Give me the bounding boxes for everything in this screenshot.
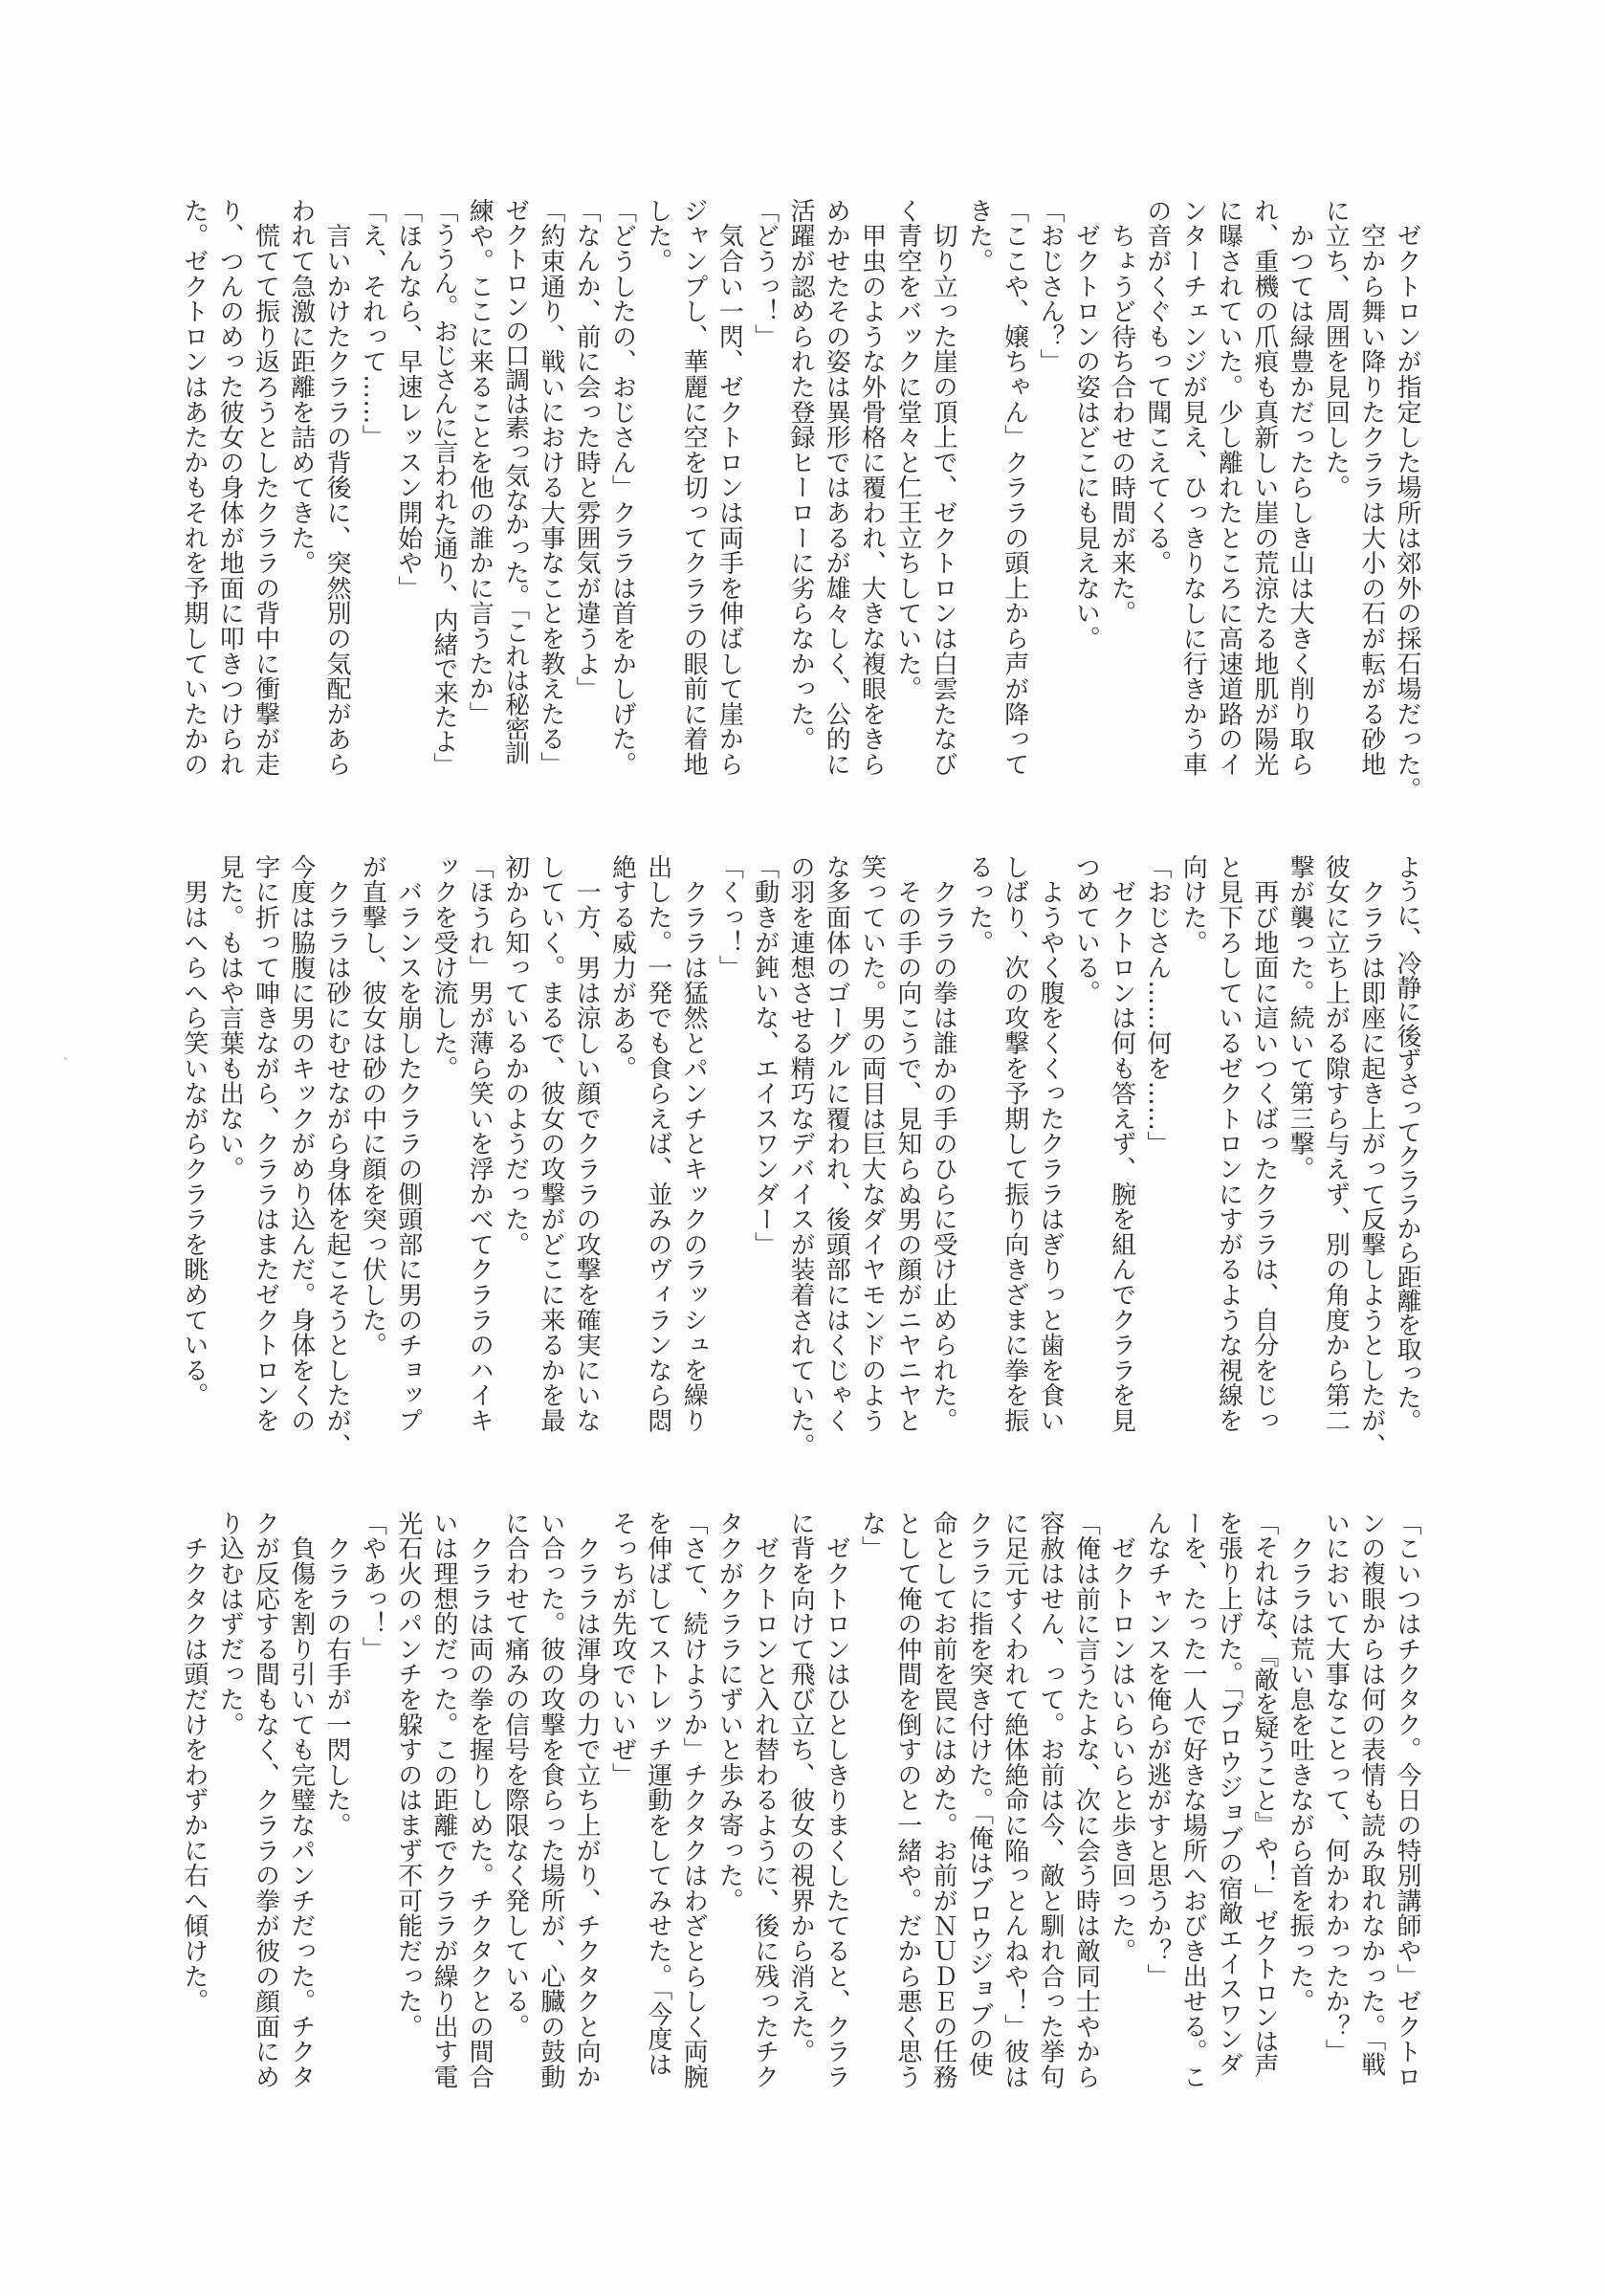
text-column: 絶する威力がある。 (604, 854, 639, 1467)
text-column: れ、重機の爪痕も真新しい崖の荒涼たる地肌が陽光 (1246, 198, 1282, 810)
text-column: ゼクトロンは何も答えず、腕を組んでクララを見 (1103, 854, 1138, 1467)
text-column: タクがクララにずいと歩み寄った。 (711, 1511, 746, 2123)
text-column: ジャンプし、華麗に空を切ってクララの眼前に着地 (675, 198, 711, 810)
text-column: ように、冷静に後ずさってクララから距離を取った。 (1389, 854, 1424, 1467)
text-column: 気合い一閃、ゼクトロンは両手を伸ばして崖から (711, 198, 746, 810)
scan-speck (64, 1057, 67, 1060)
text-column: ちょうど待ち合わせの時間が来た。 (1103, 198, 1138, 810)
text-column: していく。まるで、彼女の攻撃がどこに来るかを最 (533, 854, 568, 1467)
text-column: な」 (853, 1511, 889, 2123)
text-column: ンターチェンジが見え、ひっきりなしに行きかう車 (1175, 198, 1210, 810)
text-column: 「なんか、前に会った時と雰囲気が違うよ」 (568, 198, 604, 810)
text-column: 甲虫のような外骨格に覆われ、大きな複眼をきら (853, 198, 889, 810)
text-column: ゼクトロンが指定した場所は郊外の採石場だった。 (1389, 198, 1424, 810)
text-column: 今度は脇腹に男のキックがめり込んだ。身体をくの (283, 854, 319, 1467)
text-column: クララは両の拳を握りしめた。チクタクとの間合 (461, 1511, 496, 2123)
text-column: いにおいて大事なことって、何かわかったか？」 (1317, 1511, 1352, 2123)
text-column: ゼクトロンと入れ替わるように、後に残ったチク (746, 1511, 781, 2123)
text-column: クララは猛然とパンチとキックのラッシュを繰り (675, 854, 711, 1467)
text-column: ようやく腹をくくったクララはぎりっと歯を食い (1032, 854, 1067, 1467)
text-column: クララの右手が一閃した。 (319, 1511, 354, 2123)
text-column: 見た。もはや言葉も出ない。 (211, 854, 247, 1467)
text-column: 言いかけたクララの背後に、突然別の気配があら (319, 198, 354, 810)
text-column: 「え、それって……」 (354, 198, 389, 810)
text-column: しばり、次の攻撃を予期して振り向きざまに拳を振 (996, 854, 1031, 1467)
text-column: ゼクトロンの口調は素っ気なかった。「これは秘密訓 (496, 198, 532, 810)
text-column: 再び地面に這いつくばったクララは、自分をじっ (1246, 854, 1282, 1467)
text-column: ックを受け流した。 (426, 854, 461, 1467)
text-column: な多面体のゴーグルに覆われ、後頭部にはくじゃく (818, 854, 853, 1467)
text-column: クララは砂にむせながら身体を起こそうとしたが、 (319, 854, 354, 1467)
text-column: 切り立った崖の頂上で、ゼクトロンは白雲たなび (925, 198, 960, 810)
text-column: く青空をバックに堂々と仁王立ちしていた。 (890, 198, 925, 810)
text-column: 練や。ここに来ることを他の誰かに言うたか」 (461, 198, 496, 810)
text-column: ンの複眼からは何の表情も読み取れなかった。「戦 (1352, 1511, 1388, 2123)
text-column: 向けた。 (1175, 854, 1210, 1467)
text-column: 撃が襲った。続いて第三撃。 (1282, 854, 1317, 1467)
text-column: に背を向けて飛び立ち、彼女の視界から消えた。 (782, 1511, 818, 2123)
text-column: 「約束通り、戦いにおける大事なことを教えたる」 (533, 198, 568, 810)
text-column: の音がくぐもって聞こえてくる。 (1139, 198, 1175, 810)
text-column: われて急激に距離を詰めてきた。 (283, 198, 319, 810)
text-column: 「やあっ！」 (354, 1511, 389, 2123)
text-column: 「どうしたの、おじさん」クララは首をかしげた。 (604, 198, 639, 810)
text-column: 笑っていた。男の両目は巨大なダイヤモンドのよう (853, 854, 889, 1467)
text-column: 「動きが鈍いな、エイスワンダー」 (746, 854, 781, 1467)
text-column: 「こいつはチクタク。今日の特別講師や」ゼクトロ (1389, 1511, 1424, 2123)
text-column: 「どうっ！」 (746, 198, 781, 810)
text-column: を張り上げた。「ブロウジョブの宿敵エイスワンダ (1210, 1511, 1245, 2123)
text-column: るった。 (960, 854, 996, 1467)
text-column: と見下ろしているゼクトロンにすがるような視線を (1210, 854, 1245, 1467)
text-column: 「ほうれ」男が薄ら笑いを浮かべてクララのハイキ (461, 854, 496, 1467)
text-column: 彼女に立ち上がる隙すら与えず、別の角度から第二 (1317, 854, 1352, 1467)
text-column: ゼクトロンはひとしきりまくしたてると、クララ (818, 1511, 853, 2123)
text-column: 「おじさん……何を……」 (1139, 854, 1175, 1467)
text-column: ゼクトロンの姿はどこにも見えない。 (1067, 198, 1103, 810)
text-column: 「おじさん？」 (1032, 198, 1067, 810)
text-column: た。ゼクトロンはあたかもそれを予期していたかの (176, 198, 211, 810)
text-column: に立ち、周囲を見回した。 (1317, 198, 1352, 810)
text-column: 「それはな、『敵を疑うこと』や！」ゼクトロンは声 (1246, 1511, 1282, 2123)
text-column: の羽を連想させる精巧なデバイスが装着されていた。 (782, 854, 818, 1467)
text-column: 「俺は前に言うたよな、次に会う時は敵同士やから (1067, 1511, 1103, 2123)
text-column: 一方、男は涼しい顔でクララの攻撃を確実にいな (568, 854, 604, 1467)
text-column: 活躍が認められた登録ヒーローに劣らなかった。 (782, 198, 818, 810)
text-column: に足元すくわれて絶体絶命に陥っとんねや！」彼は (996, 1511, 1031, 2123)
text-column: として俺の仲間を倒すのと一緒や。だから悪く思う (890, 1511, 925, 2123)
text-column: めかせたその姿は異形ではあるが雄々しく、公的に (818, 198, 853, 810)
text-column: 光石火のパンチを躱すのはまず不可能だった。 (389, 1511, 425, 2123)
text-column: クララは渾身の力で立ち上がり、チクタクと向か (568, 1511, 604, 2123)
text-column: んなチャンスを俺らが逃がすと思うか？」 (1139, 1511, 1175, 2123)
text-column: 慌てて振り返ろうとしたクララの背中に衝撃が走 (247, 198, 282, 810)
text-column: を伸ばしてストレッチ運動をしてみせた。「今度は (639, 1511, 674, 2123)
text-column: クが反応する間もなく、クララの拳が彼の顔面にめ (247, 1511, 282, 2123)
text-column: クララに指を突き付けた。「俺はブロウジョブの使 (960, 1511, 996, 2123)
text-column: 「さて、続けようか」チクタクはわざとらしく両腕 (675, 1511, 711, 2123)
text-column: ーを、たった一人で好きな場所へおびき出せる。こ (1175, 1511, 1210, 2123)
text-column: ゼクトロンはいらいらと歩き回った。 (1103, 1511, 1138, 2123)
text-column: つめている。 (1067, 854, 1103, 1467)
text-column: 「ここや、嬢ちゃん」クララの頭上から声が降って (996, 198, 1031, 810)
text-column: り込むはずだった。 (211, 1511, 247, 2123)
text-column: かつては緑豊かだったらしき山は大きく削り取ら (1282, 198, 1317, 810)
text-column: その手の向こうで、見知らぬ男の顔がニヤニヤと (890, 854, 925, 1467)
text-column: いは理想的だった。この距離でクララが繰り出す電 (426, 1511, 461, 2123)
text-column: り、つんのめった彼女の身体が地面に叩きつけられ (211, 198, 247, 810)
text-column: チクタクは頭だけをわずかに右へ傾けた。 (176, 1511, 211, 2123)
text-column: バランスを崩したクララの側頭部に男のチョップ (389, 854, 425, 1467)
text-column: 命としてお前を罠にはめた。お前がＮＵＤＥの任務 (925, 1511, 960, 2123)
text-column: 「くっ！」 (711, 854, 746, 1467)
text-column: に曝されていた。少し離れたところに高速道路のイ (1210, 198, 1245, 810)
text-column: 負傷を割り引いても完璧なパンチだった。チクタ (283, 1511, 319, 2123)
text-column: 字に折って呻きながら、クララはまたゼクトロンを (247, 854, 282, 1467)
text-tier-middle: ように、冷静に後ずさってクララから距離を取った。 クララは即座に起き上がって反撃… (175, 854, 1424, 1467)
text-column: 「ほんなら、早速レッスン開始や」 (389, 198, 425, 810)
book-page: ゼクトロンが指定した場所は郊外の採石場だった。 空から舞い降りたクララは大小の石… (0, 0, 1605, 2296)
text-column: 「ううん。おじさんに言われた通り、内緒で来たよ」 (426, 198, 461, 810)
text-column: 男はへらへら笑いながらクララを眺めている。 (176, 854, 211, 1467)
text-column: クララは荒い息を吐きながら首を振った。 (1282, 1511, 1317, 2123)
text-column: 初から知っているかのようだった。 (496, 854, 532, 1467)
text-column: 空から舞い降りたクララは大小の石が転がる砂地 (1352, 198, 1388, 810)
text-column: きた。 (960, 198, 996, 810)
text-column: クララは即座に起き上がって反撃しようとしたが、 (1352, 854, 1388, 1467)
text-column: した。 (639, 198, 674, 810)
text-tier-lower: 「こいつはチクタク。今日の特別講師や」ゼクトロ ンの複眼からは何の表情も読み取れ… (175, 1511, 1424, 2123)
text-column: い合った。彼の攻撃を食らった場所が、心臓の鼓動 (533, 1511, 568, 2123)
text-tier-upper: ゼクトロンが指定した場所は郊外の採石場だった。 空から舞い降りたクララは大小の石… (175, 198, 1424, 810)
text-column: に合わせて痛みの信号を際限なく発している。 (496, 1511, 532, 2123)
text-column: 容赦はせん、って。お前は今、敵と馴れ合った挙句 (1032, 1511, 1067, 2123)
text-column: クララの拳は誰かの手のひらに受け止められた。 (925, 854, 960, 1467)
text-column: そっちが先攻でいいぜ」 (604, 1511, 639, 2123)
text-column: 出した。一発でも食らえば、並みのヴィランなら悶 (639, 854, 674, 1467)
text-column: が直撃し、彼女は砂の中に顔を突っ伏した。 (354, 854, 389, 1467)
